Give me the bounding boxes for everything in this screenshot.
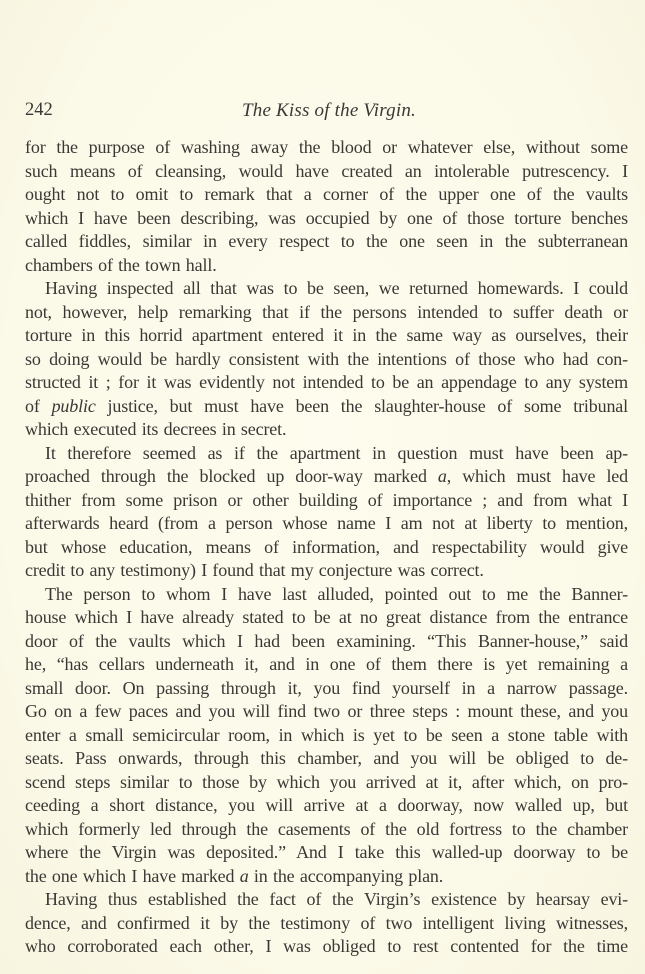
text-line: for the purpose of washing away the bloo… [25,136,628,160]
text-line: torture in this horrid apartment entered… [25,324,628,348]
text-line: credit to any testimony) I found that my… [25,559,628,583]
text-line: he, “has cellars underneath it, and in o… [25,653,628,677]
paragraph: Having thus established the fact of the … [25,888,628,959]
text-line: who corroborated each other, I was oblig… [25,935,628,959]
text-line: Having thus established the fact of the … [25,888,628,912]
text-line: scend steps similar to those by which yo… [25,771,628,795]
running-head: 242 The Kiss of the Virgin. [25,100,623,124]
paragraph: It therefore seemed as if the apartment … [25,442,628,583]
text-line: which executed its decrees in secret. [25,418,628,442]
text-line: of public justice, but must have been th… [25,395,628,419]
text-line: The person to whom I have last alluded, … [25,583,628,607]
text-line: dence, and confirmed it by the testimony… [25,912,628,936]
running-title: The Kiss of the Virgin. [25,100,623,122]
text-line: where the Virgin was deposited.” And I t… [25,841,628,865]
text-line: ought not to omit to remark that a corne… [25,183,628,207]
text-line: which formerly led through the casements… [25,818,628,842]
text-line: so doing would be hardly consistent with… [25,348,628,372]
text-line: the one which I have marked a in the acc… [25,865,628,889]
text-line: door of the vaults which I had been exam… [25,630,628,654]
text-line: afterwards heard (from a person whose na… [25,512,628,536]
paragraph: The person to whom I have last alluded, … [25,583,628,889]
italic-text: a [438,466,447,486]
paragraph: for the purpose of washing away the bloo… [25,136,628,277]
text-line: small door. On passing through it, you f… [25,677,628,701]
body-text: for the purpose of washing away the bloo… [25,136,628,959]
book-page: 242 The Kiss of the Virgin. for the purp… [0,0,645,974]
paragraph: Having inspected all that was to be seen… [25,277,628,442]
text-line: thither from some prison or other buildi… [25,489,628,513]
text-line: seats. Pass onwards, through this chambe… [25,747,628,771]
text-line: which I have been describing, was occupi… [25,207,628,231]
text-line: structed it ; for it was evidently not i… [25,371,628,395]
text-line: It therefore seemed as if the apartment … [25,442,628,466]
text-line: ceeding a short distance, you will arriv… [25,794,628,818]
text-line: but whose education, means of informatio… [25,536,628,560]
text-line: not, however, help remarking that if the… [25,301,628,325]
italic-text: public [52,396,96,416]
text-line: house which I have already stated to be … [25,606,628,630]
text-line: proached through the blocked up door-way… [25,465,628,489]
italic-text: a [240,866,249,886]
text-line: Go on a few paces and you will find two … [25,700,628,724]
text-line: enter a small semicircular room, in whic… [25,724,628,748]
text-line: called fiddles, similar in every respect… [25,230,628,254]
text-line: chambers of the town hall. [25,254,628,278]
text-line: such means of cleansing, would have crea… [25,160,628,184]
text-line: Having inspected all that was to be seen… [25,277,628,301]
